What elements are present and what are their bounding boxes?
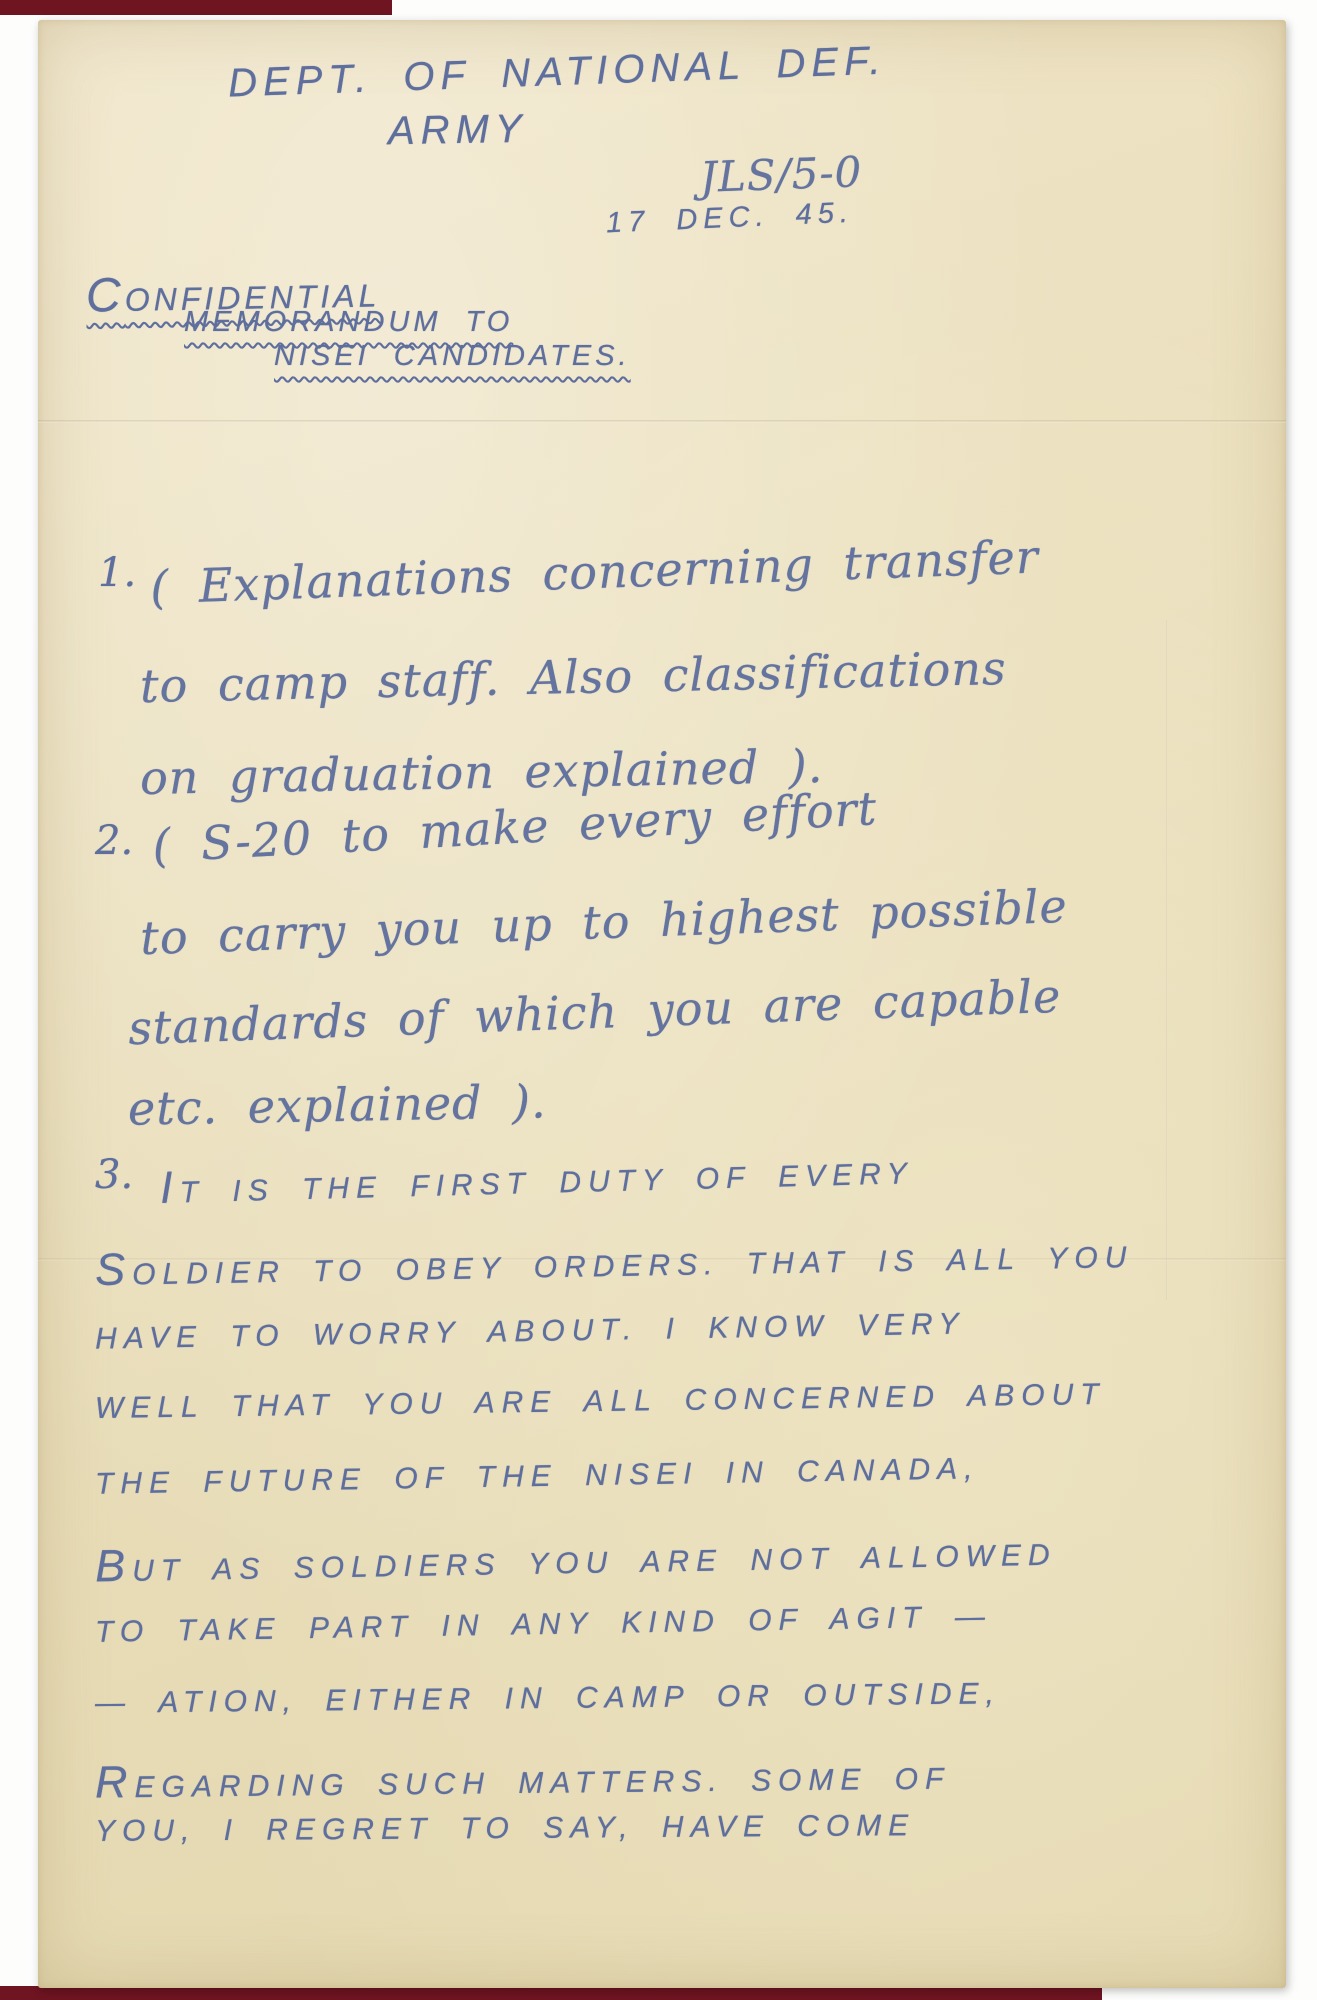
fold-crease [38,420,1286,423]
paragraph-3-number: 3. [95,1152,133,1198]
paragraph-2-number: 2. [95,818,133,864]
document-scan: DEPT. OF NATIONAL DEF. ARMY JLS/5-0 17 D… [0,0,1317,2000]
paragraph-1-number: 1. [98,550,136,596]
fold-crease-vertical [1166,620,1168,1300]
paragraph-3-line: YOU, I REGRET TO SAY, HAVE COME [95,1809,915,1849]
memo-recipients-line: NISEI CANDIDATES. [274,340,631,373]
paragraph-3-line: REGARDING SUCH MATTERS. SOME OF [95,1748,951,1809]
army-header-line: ARMY [388,107,528,154]
paragraph-2-line: etc. explained ). [128,1074,548,1135]
mat-edge-bottom [0,1986,1102,2000]
mat-edge-top [0,0,392,15]
file-reference: JLS/5-0 [699,147,863,202]
memo-title-line: MEMORANDUM TO [184,306,513,339]
